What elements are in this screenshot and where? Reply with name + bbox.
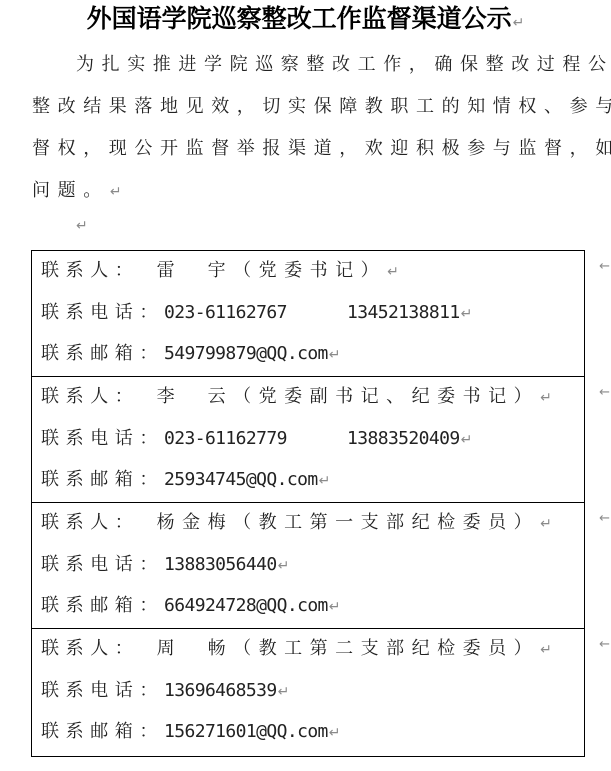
- contact-phone-mobile: 13883520409: [347, 428, 460, 449]
- contact-phone-landline: 023-61162779: [164, 428, 287, 449]
- contact-person-label: 联系人：: [41, 260, 139, 281]
- contact-person-row: 联系人： 周 畅（教工第二支部纪检委员）↵: [41, 635, 552, 663]
- intro-line-4: 问题。↵: [32, 170, 611, 213]
- paragraph-mark-icon: ↵: [76, 218, 88, 234]
- contact-name: 雷 宇（党委书记）: [157, 260, 387, 281]
- contact-block-3: 联系人： 杨金梅（教工第一支部纪检委员）↵ 联系电话：13883056440↵ …: [32, 503, 584, 629]
- row-end-mark-icon: ←: [599, 637, 610, 652]
- contact-phone-row: 联系电话：023-61162779 13883520409↵: [41, 425, 287, 453]
- contact-email: 549799879@QQ.com: [164, 343, 328, 364]
- empty-paragraph: ↵: [75, 215, 88, 236]
- contact-phone-mobile-wrap: 13452138811↵: [347, 299, 472, 328]
- contact-name: 周 畅（教工第二支部纪检委员）: [157, 638, 540, 659]
- contact-phone-landline: 023-61162767: [164, 302, 287, 323]
- paragraph-mark-icon: ↵: [387, 264, 399, 280]
- document-title: 外国语学院巡察整改工作监督渠道公示↵: [0, 4, 611, 38]
- contact-phone-mobile-wrap: 13883520409↵: [347, 425, 472, 454]
- contact-phone-row: 联系电话：13696468539↵: [41, 677, 289, 705]
- row-end-mark-icon: ←: [599, 511, 610, 526]
- contact-name: 杨金梅（教工第一支部纪检委员）: [157, 512, 540, 533]
- paragraph-mark-icon: ↵: [513, 15, 525, 31]
- paragraph-mark-icon: ↵: [540, 390, 552, 406]
- paragraph-mark-icon: ↵: [461, 432, 473, 448]
- contact-email-label: 联系邮箱：: [41, 721, 164, 742]
- contact-email: 664924728@QQ.com: [164, 595, 328, 616]
- paragraph-mark-icon: ↵: [329, 599, 341, 615]
- contact-email-row: 联系邮箱：549799879@QQ.com↵: [41, 340, 341, 368]
- contact-email-row: 联系邮箱：156271601@QQ.com↵: [41, 718, 341, 746]
- contact-phone-row: 联系电话：13883056440↵: [41, 551, 289, 579]
- paragraph-mark-icon: ↵: [278, 684, 290, 700]
- paragraph-mark-icon: ↵: [278, 558, 290, 574]
- intro-line-3: 督权，现公开监督举报渠道，欢迎积极参与监督，如实反映: [32, 128, 611, 170]
- title-text: 外国语学院巡察整改工作监督渠道公示: [87, 4, 512, 33]
- paragraph-mark-icon: ↵: [329, 347, 341, 363]
- contact-person-label: 联系人：: [41, 512, 139, 533]
- contact-phone-label: 联系电话：: [41, 428, 164, 449]
- contact-phone-label: 联系电话：: [41, 554, 164, 575]
- contact-email: 156271601@QQ.com: [164, 721, 328, 742]
- contact-email-label: 联系邮箱：: [41, 343, 164, 364]
- contact-phone-mobile: 13452138811: [347, 302, 460, 323]
- contact-person-label: 联系人：: [41, 386, 139, 407]
- contact-block-4: 联系人： 周 畅（教工第二支部纪检委员）↵ 联系电话：13696468539↵ …: [32, 629, 584, 756]
- paragraph-mark-icon: ↵: [540, 642, 552, 658]
- contacts-table: 联系人： 雷 宇（党委书记）↵ 联系电话：023-61162767 134521…: [31, 250, 585, 757]
- contact-email-label: 联系邮箱：: [41, 469, 164, 490]
- contact-person-label: 联系人：: [41, 638, 139, 659]
- contact-person-row: 联系人： 杨金梅（教工第一支部纪检委员）↵: [41, 509, 552, 537]
- contact-email-row: 联系邮箱：25934745@QQ.com↵: [41, 466, 330, 494]
- contact-email-row: 联系邮箱：664924728@QQ.com↵: [41, 592, 341, 620]
- contact-block-1: 联系人： 雷 宇（党委书记）↵ 联系电话：023-61162767 134521…: [32, 251, 584, 377]
- contact-email-label: 联系邮箱：: [41, 595, 164, 616]
- contact-block-2: 联系人： 李 云（党委副书记、纪委书记）↵ 联系电话：023-61162779 …: [32, 377, 584, 503]
- intro-paragraph: 为扎实推进学院巡察整改工作，确保整改过程公开透明、 整改结果落地见效，切实保障教…: [32, 44, 611, 213]
- paragraph-mark-icon: ↵: [110, 184, 129, 200]
- paragraph-mark-icon: ↵: [329, 725, 341, 741]
- contact-person-row: 联系人： 李 云（党委副书记、纪委书记）↵: [41, 383, 552, 411]
- row-end-mark-icon: ←: [599, 259, 610, 274]
- contact-name: 李 云（党委副书记、纪委书记）: [157, 386, 540, 407]
- contact-phone-mobile: 13696468539: [164, 680, 277, 701]
- row-end-mark-icon: ←: [599, 385, 610, 400]
- contact-phone-label: 联系电话：: [41, 680, 164, 701]
- contact-phone-row: 联系电话：023-61162767 13452138811↵: [41, 299, 287, 327]
- contact-person-row: 联系人： 雷 宇（党委书记）↵: [41, 257, 399, 285]
- paragraph-mark-icon: ↵: [461, 306, 473, 322]
- intro-line-2: 整改结果落地见效，切实保障教职工的知情权、参与权和监: [32, 86, 611, 128]
- paragraph-mark-icon: ↵: [540, 516, 552, 532]
- contact-phone-label: 联系电话：: [41, 302, 164, 323]
- intro-line-1: 为扎实推进学院巡察整改工作，确保整改过程公开透明、: [32, 44, 611, 86]
- paragraph-mark-icon: ↵: [319, 473, 331, 489]
- contact-phone-mobile: 13883056440: [164, 554, 277, 575]
- contact-email: 25934745@QQ.com: [164, 469, 318, 490]
